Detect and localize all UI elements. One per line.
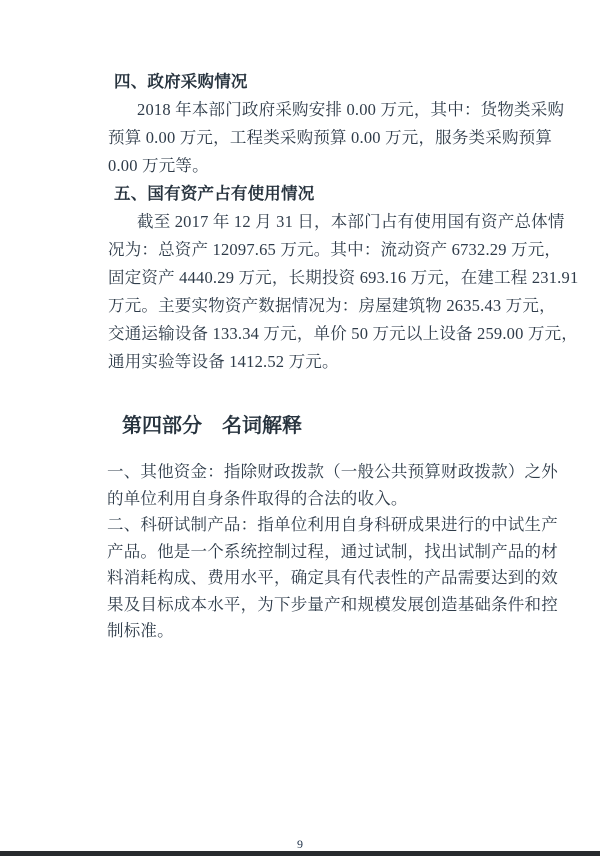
procurement-line: 预算 0.00 万元，工程类采购预算 0.00 万元，服务类采购预算 bbox=[108, 124, 520, 152]
procurement-line: 0.00 万元等。 bbox=[108, 152, 520, 180]
glossary-other-funds-line: 一、其他资金：指除财政拨款（一般公共预算财政拨款）之外 bbox=[107, 459, 519, 486]
assets-heading: 五、国有资产占有使用情况 bbox=[108, 180, 520, 208]
procurement-heading: 四、政府采购情况 bbox=[108, 68, 520, 96]
glossary-trial-products-line: 制标准。 bbox=[107, 618, 519, 645]
assets-line: 固定资产 4440.29 万元，长期投资 693.16 万元，在建工程 231.… bbox=[108, 264, 520, 292]
document-page: 四、政府采购情况 2018 年本部门政府采购安排 0.00 万元，其中：货物类采… bbox=[0, 0, 600, 856]
budget-text-block: 四、政府采购情况 2018 年本部门政府采购安排 0.00 万元，其中：货物类采… bbox=[108, 68, 520, 376]
glossary-other-funds-line: 的单位利用自身条件取得的合法的收入。 bbox=[107, 486, 519, 513]
assets-line: 况为：总资产 12097.65 万元。其中：流动资产 6732.29 万元， bbox=[108, 236, 520, 264]
assets-line: 截至 2017 年 12 月 31 日，本部门占有使用国有资产总体情 bbox=[108, 208, 520, 236]
glossary-trial-products-line: 产品。他是一个系统控制过程，通过试制，找出试制产品的材 bbox=[107, 539, 519, 566]
assets-line: 万元。主要实物资产数据情况为：房屋建筑物 2635.43 万元， bbox=[108, 292, 520, 320]
glossary-trial-products-line: 二、科研试制产品：指单位利用自身科研成果进行的中试生产 bbox=[107, 512, 519, 539]
page-number: 9 bbox=[0, 838, 600, 850]
glossary-trial-products-line: 料消耗构成、费用水平，确定具有代表性的产品需要达到的效 bbox=[107, 565, 519, 592]
assets-line: 交通运输设备 133.34 万元，单价 50 万元以上设备 259.00 万元， bbox=[108, 320, 520, 348]
procurement-line: 2018 年本部门政府采购安排 0.00 万元，其中：货物类采购 bbox=[108, 96, 520, 124]
glossary-trial-products-line: 果及目标成本水平，为下步量产和规模发展创造基础条件和控 bbox=[107, 592, 519, 619]
assets-line: 通用实验等设备 1412.52 万元。 bbox=[108, 348, 520, 376]
footer-rule bbox=[0, 851, 600, 856]
glossary-text-block: 一、其他资金：指除财政拨款（一般公共预算财政拨款）之外 的单位利用自身条件取得的… bbox=[107, 459, 519, 645]
glossary-section-title: 第四部分 名词解释 bbox=[122, 413, 302, 439]
